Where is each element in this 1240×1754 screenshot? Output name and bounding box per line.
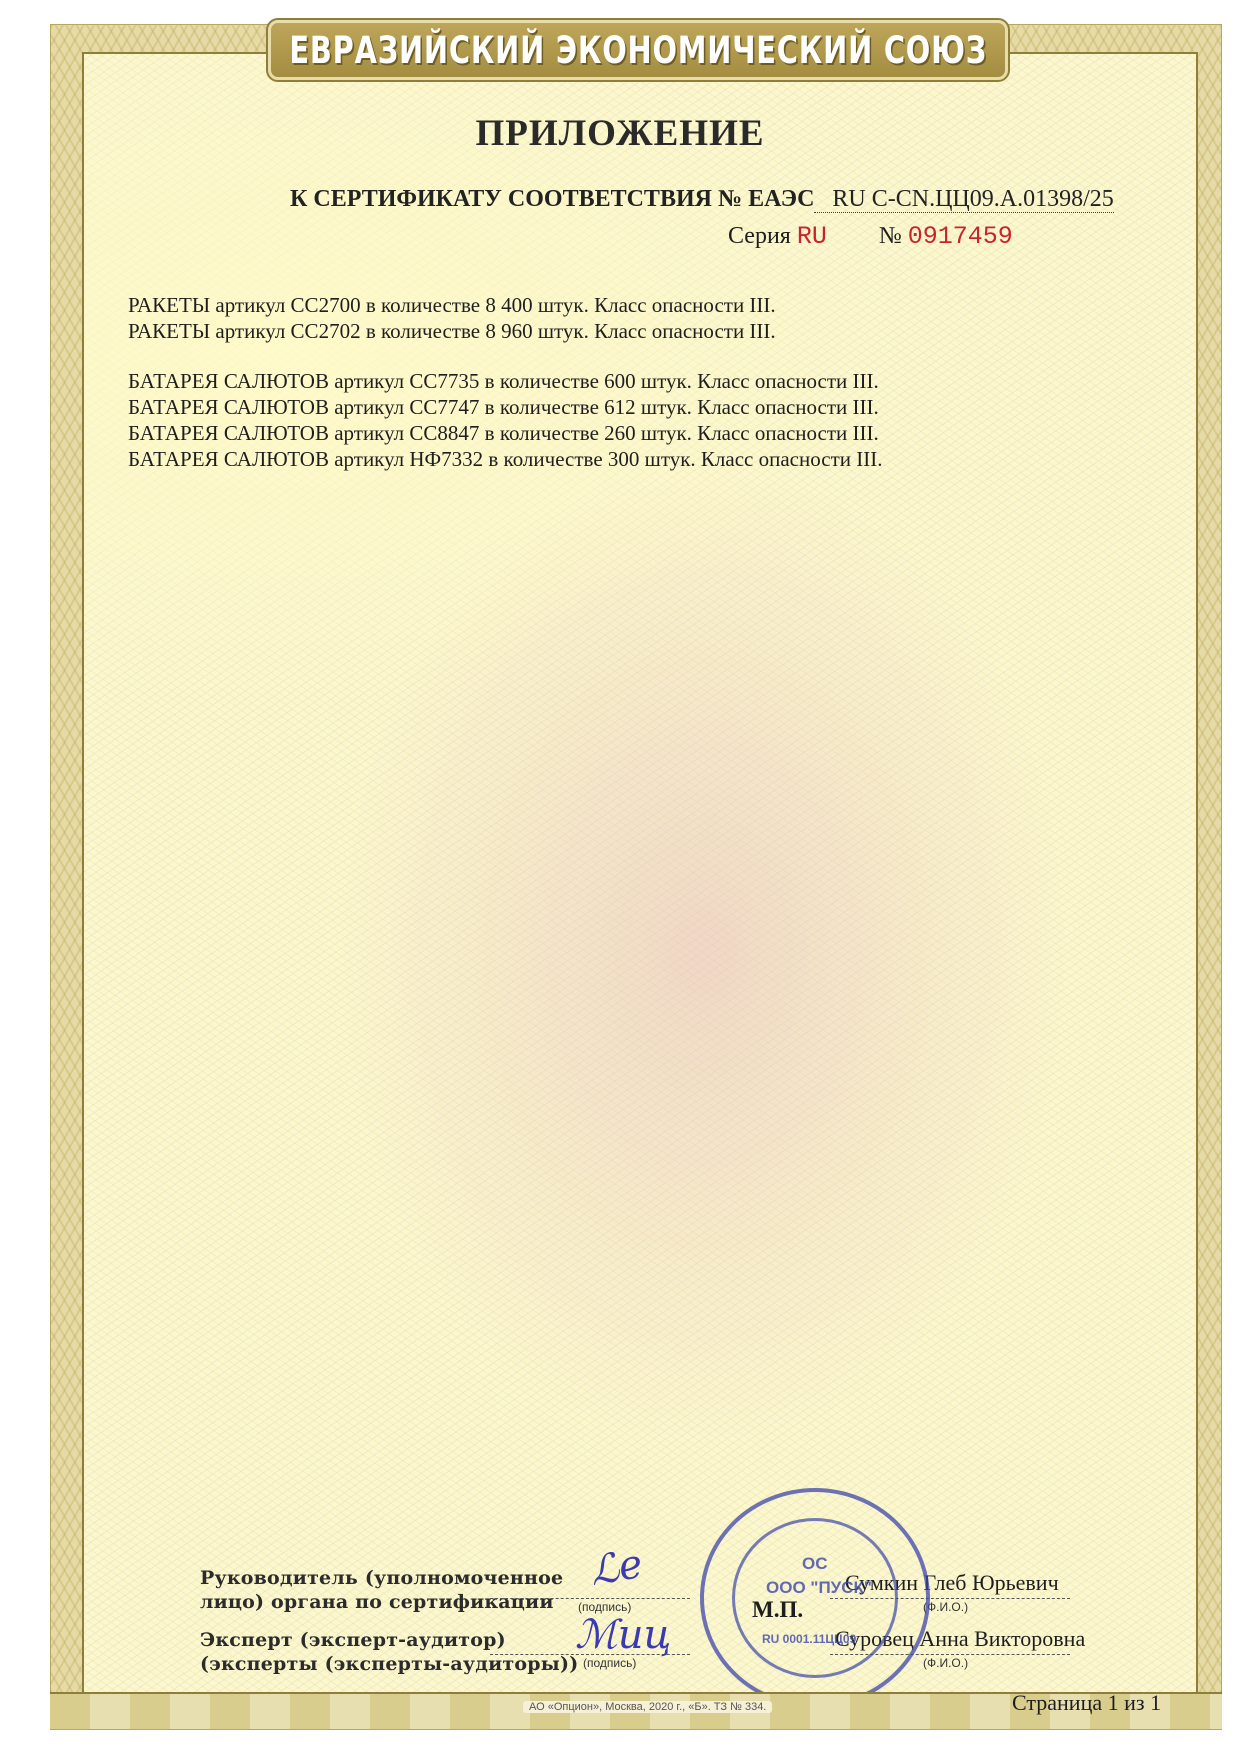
stamp-line2: ООО "ПУСК": [766, 1578, 872, 1598]
expert-name-caption: (Ф.И.О.): [923, 1656, 968, 1670]
list-item: БАТАРЕЯ САЛЮТОВ артикул СС7747 в количес…: [128, 394, 882, 420]
page-number: Страница 1 из 1: [1012, 1690, 1161, 1716]
certification-stamp: ОС ООО "ПУСК" RU 0001.11ЦЦ09: [700, 1488, 930, 1708]
list-item: РАКЕТЫ артикул СС2702 в количестве 8 960…: [128, 318, 882, 344]
head-signature-line: [490, 1598, 690, 1599]
number-label: №: [879, 223, 902, 249]
stamp-line1: ОС: [802, 1554, 828, 1574]
certificate-reference: К СЕРТИФИКАТУ СООТВЕТСТВИЯ № ЕАЭСRU C-CN…: [290, 186, 1114, 213]
head-label-line1: Руководитель (уполномоченное: [200, 1566, 563, 1590]
expert-label-line1: Эксперт (эксперт-аудитор): [200, 1628, 578, 1652]
blank-number: 0917459: [908, 222, 1013, 251]
series-value: RU: [797, 222, 827, 251]
list-item: БАТАРЕЯ САЛЮТОВ артикул НФ7332 в количес…: [128, 446, 882, 472]
expert-signature: ℳиц: [575, 1612, 671, 1658]
stamp-line3: RU 0001.11ЦЦ09: [762, 1632, 856, 1646]
list-item: БАТАРЕЯ САЛЮТОВ артикул СС7735 в количес…: [128, 368, 882, 394]
certificate-number: RU C-CN.ЦЦ09.А.01398/25: [814, 186, 1113, 213]
list-item: РАКЕТЫ артикул СС2700 в количестве 8 400…: [128, 292, 882, 318]
expert-signature-caption: (подпись): [583, 1656, 636, 1670]
union-banner: ЕВРАЗИЙСКИЙ ЭКОНОМИЧЕСКИЙ СОЮЗ: [268, 20, 1008, 80]
series-label: Серия: [728, 223, 791, 249]
product-list: РАКЕТЫ артикул СС2700 в количестве 8 400…: [128, 292, 882, 472]
printer-imprint: АО «Опцион», Москва, 2020 г., «Б». ТЗ № …: [523, 1701, 772, 1713]
union-banner-text: ЕВРАЗИЙСКИЙ ЭКОНОМИЧЕСКИЙ СОЮЗ: [289, 29, 987, 72]
page-title: ПРИЛОЖЕНИЕ: [0, 112, 1240, 155]
expert-label: Эксперт (эксперт-аудитор) (эксперты (экс…: [200, 1628, 578, 1676]
head-signature: ℒе: [586, 1541, 646, 1595]
series-line: Серия RU № 0917459: [728, 222, 1013, 251]
seal-mark: М.П.: [752, 1597, 803, 1623]
expert-label-line2: (эксперты (эксперты-аудиторы)): [200, 1652, 578, 1676]
list-item: БАТАРЕЯ САЛЮТОВ артикул СС8847 в количес…: [128, 420, 882, 446]
head-label-line2: лицо) органа по сертификации: [200, 1590, 563, 1614]
head-label: Руководитель (уполномоченное лицо) орган…: [200, 1566, 563, 1614]
certificate-prefix: К СЕРТИФИКАТУ СООТВЕТСТВИЯ № ЕАЭС: [290, 186, 814, 212]
